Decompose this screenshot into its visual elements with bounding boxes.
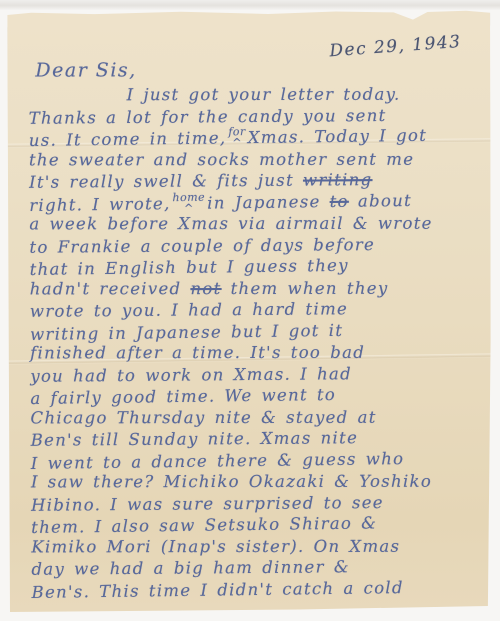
line-text: Hibino. I was sure surprised to see bbox=[31, 492, 384, 514]
line-text: them when they bbox=[222, 278, 389, 297]
line-text: I went to a dance there & guess who bbox=[31, 449, 405, 473]
struck-word: to bbox=[330, 191, 349, 210]
scanned-letter-page: { "colors": { "paper": "#ebdfc5", "ink":… bbox=[0, 0, 500, 621]
letter-paper: Dec 29, 1943 Dear Sis, I just got your l… bbox=[7, 10, 492, 612]
letter-line: the sweater and socks mother sent me bbox=[29, 148, 482, 170]
letter-line: that in English but I guess they bbox=[29, 253, 482, 280]
line-text: wrote to you. I had a hard time bbox=[30, 299, 348, 320]
line-text: you had to work on Xmas. I had bbox=[30, 364, 352, 386]
line-text: Thanks a lot for the candy you sent bbox=[29, 105, 387, 127]
letter-line: Kimiko Mori (Inap's sister). On Xmas bbox=[31, 535, 484, 557]
line-text: I just got your letter today. bbox=[127, 85, 401, 104]
letter-line: them. I also saw Setsuko Shirao & bbox=[31, 511, 484, 538]
line-text: a week before Xmas via airmail & wrote bbox=[29, 214, 432, 234]
line-text: hadn't received bbox=[30, 279, 191, 298]
line-text: Xmas. Today I got bbox=[248, 126, 428, 147]
letter-line: Chicago Thursday nite & stayed at bbox=[31, 406, 484, 428]
scanner-edge-shadow bbox=[0, 0, 500, 10]
line-text: us. It come in time, bbox=[29, 128, 227, 150]
line-text: writing in Japanese but I got it bbox=[30, 320, 343, 343]
line-text: a fairly good time. We went to bbox=[30, 385, 336, 408]
letter-line: a fairly good time. We went to bbox=[30, 382, 483, 409]
line-text: Kimiko Mori (Inap's sister). On Xmas bbox=[31, 536, 400, 556]
inserted-word: for bbox=[228, 121, 246, 143]
letter-salutation: Dear Sis, bbox=[35, 59, 136, 81]
letter-line: I just got your letter today. bbox=[29, 84, 482, 106]
line-text: in Japanese bbox=[207, 192, 330, 213]
line-text: that in English but I guess they bbox=[30, 256, 349, 279]
line-text: Ben's till Sunday nite. Xmas nite bbox=[31, 428, 359, 450]
line-text: about bbox=[349, 190, 412, 210]
line-text: It's really swell & fits just bbox=[29, 171, 303, 192]
line-text: day we had a big ham dinner & bbox=[31, 557, 349, 578]
letter-line: hadn't received not them when they bbox=[30, 277, 483, 299]
line-text: I saw there? Michiko Okazaki & Yoshiko bbox=[31, 472, 432, 492]
line-text: the sweater and socks mother sent me bbox=[29, 149, 414, 169]
struck-word: writing bbox=[303, 170, 373, 190]
letter-line: us. It come in time,forXmas. Today I got bbox=[29, 124, 482, 151]
struck-word: not bbox=[190, 279, 221, 298]
line-text: to Frankie a couple of days before bbox=[29, 235, 375, 257]
letter-body: I just got your letter today.Thanks a lo… bbox=[29, 83, 485, 602]
line-text: finished after a time. It's too bad bbox=[30, 343, 365, 363]
line-text: Chicago Thursday nite & stayed at bbox=[31, 407, 377, 427]
line-text: right. I wrote, bbox=[29, 194, 171, 215]
letter-line: finished after a time. It's too bad bbox=[30, 342, 483, 364]
inserted-word: home bbox=[172, 186, 205, 208]
line-text: them. I also saw Setsuko Shirao & bbox=[31, 513, 377, 537]
letter-date: Dec 29, 1943 bbox=[329, 32, 462, 62]
letter-line: a week before Xmas via airmail & wrote bbox=[29, 213, 482, 235]
letter-line: I saw there? Michiko Okazaki & Yoshiko bbox=[31, 471, 484, 493]
line-text: Ben's. This time I didn't catch a cold bbox=[31, 578, 403, 602]
